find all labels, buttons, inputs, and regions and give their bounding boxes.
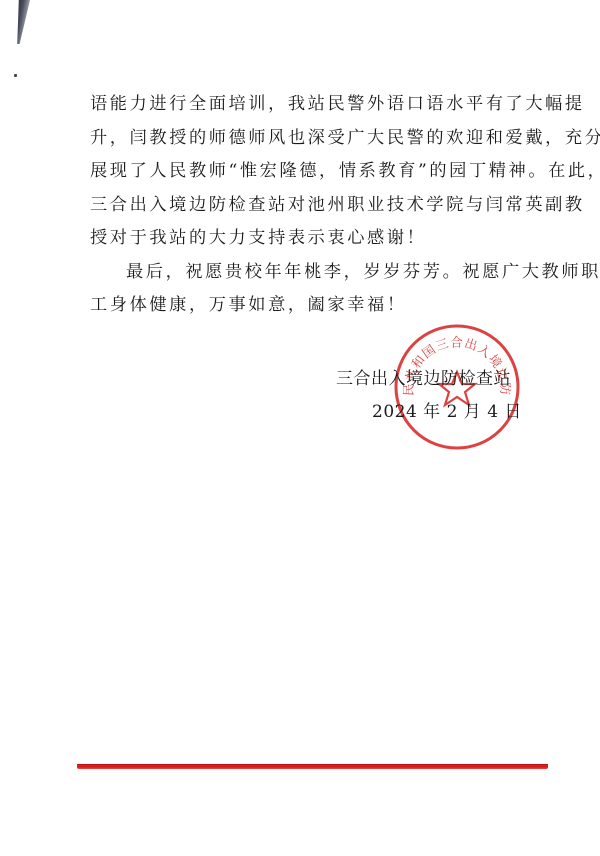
- text-line: 最后，祝愿贵校年年桃李，岁岁芬芳。祝愿广大教师职: [90, 256, 520, 290]
- letter-body: 语能力进行全面培训，我站民警外语口语水平有了大幅提 升，闫教授的师德师风也深受广…: [90, 88, 520, 323]
- text-line: 展现了人民教师“惟宏隆德，情系教育”的园丁精神。在此，: [90, 155, 520, 189]
- text-line: 工身体健康，万事如意，阖家幸福！: [90, 289, 520, 323]
- text-line: 三合出入境边防检查站对池州职业技术学院与闫常英副教: [90, 189, 520, 223]
- red-divider-edge: [77, 764, 548, 765]
- signature-organization: 三合出入境边防检查站: [336, 364, 522, 389]
- scan-speck: [14, 74, 17, 77]
- signature-date: 2024 年 2 月 4 日: [336, 397, 522, 422]
- text-line: 授对于我站的大力支持表示衷心感谢！: [90, 222, 520, 256]
- signature-block: 三合出入境边防检查站 2024 年 2 月 4 日: [336, 364, 522, 422]
- paragraph-1: 语能力进行全面培训，我站民警外语口语水平有了大幅提 升，闫教授的师德师风也深受广…: [90, 88, 520, 256]
- text-line: 升，闫教授的师德师风也深受广大民警的欢迎和爱戴，充分: [90, 122, 520, 156]
- paragraph-2: 最后，祝愿贵校年年桃李，岁岁芬芳。祝愿广大教师职 工身体健康，万事如意，阖家幸福…: [90, 256, 520, 323]
- scan-edge-shadow: [14, 0, 30, 44]
- text-line: 语能力进行全面培训，我站民警外语口语水平有了大幅提: [90, 88, 520, 122]
